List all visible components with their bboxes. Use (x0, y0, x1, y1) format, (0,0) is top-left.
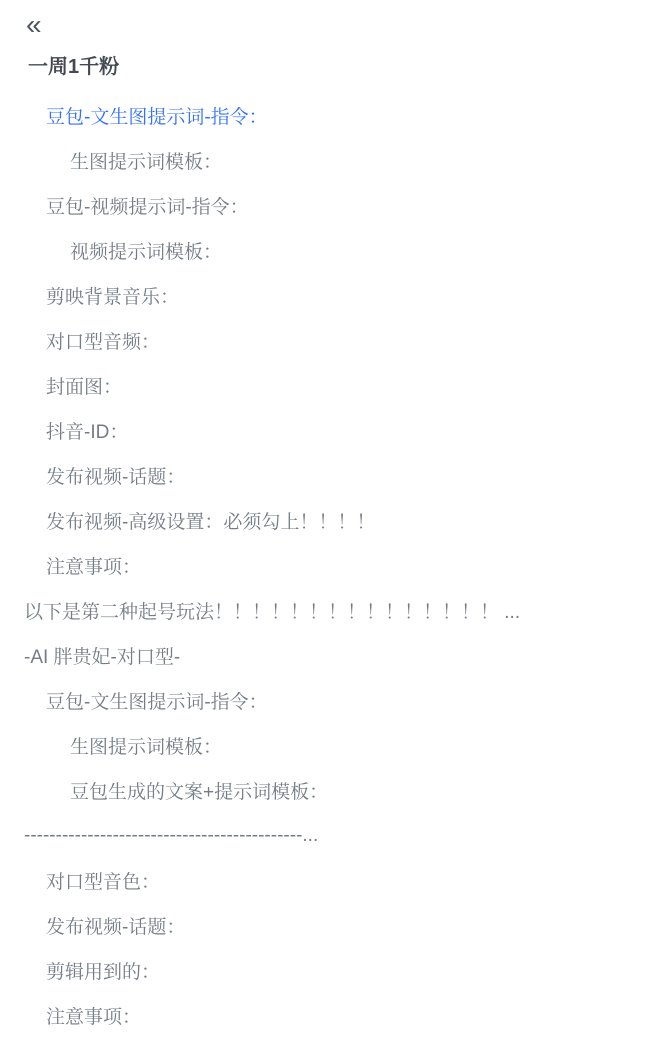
outline-item[interactable]: 以下是第二种起号玩法！！！！！！！！！！！！！！！ ... (24, 588, 630, 633)
outline-item[interactable]: 对口型音色： (24, 858, 630, 903)
outline-item-divider[interactable]: ----------------------------------------… (24, 813, 630, 858)
outline-item[interactable]: 豆包-视频提示词-指令： (24, 183, 630, 228)
outline-item[interactable]: 发布视频-高级设置：必须勾上！！！！ (24, 498, 630, 543)
outline-item[interactable]: 生图提示词模板： (24, 723, 630, 768)
outline-item[interactable]: 对口型音频： (24, 318, 630, 363)
outline-doc-title[interactable]: 一周1千粉 (28, 50, 630, 79)
outline-panel: « 一周1千粉 豆包-文生图提示词-指令： 生图提示词模板： 豆包-视频提示词-… (0, 0, 646, 1060)
outline-item[interactable]: 豆包生成的文案+提示词模板： (24, 768, 630, 813)
outline-item[interactable]: 注意事项： (24, 993, 630, 1038)
outline-item[interactable]: 豆包-文生图提示词-指令： (24, 93, 630, 138)
outline-item[interactable]: 封面图： (24, 363, 630, 408)
outline-item[interactable]: -AI 胖贵妃-对口型- (24, 633, 630, 678)
double-chevron-left-icon: « (26, 11, 42, 39)
collapse-outline-button[interactable]: « (24, 8, 58, 42)
outline-item[interactable]: 豆包-文生图提示词-指令： (24, 678, 630, 723)
outline-item[interactable]: 抖音-ID： (24, 408, 630, 453)
outline-item[interactable]: 发布视频-话题： (24, 903, 630, 948)
outline-item[interactable]: 剪辑用到的： (24, 948, 630, 993)
outline-item[interactable]: 剪映背景音乐： (24, 273, 630, 318)
outline-item[interactable]: 视频提示词模板： (24, 228, 630, 273)
outline-list: 豆包-文生图提示词-指令： 生图提示词模板： 豆包-视频提示词-指令： 视频提示… (24, 93, 630, 1038)
outline-item[interactable]: 注意事项： (24, 543, 630, 588)
outline-item[interactable]: 生图提示词模板： (24, 138, 630, 183)
outline-item[interactable]: 发布视频-话题： (24, 453, 630, 498)
